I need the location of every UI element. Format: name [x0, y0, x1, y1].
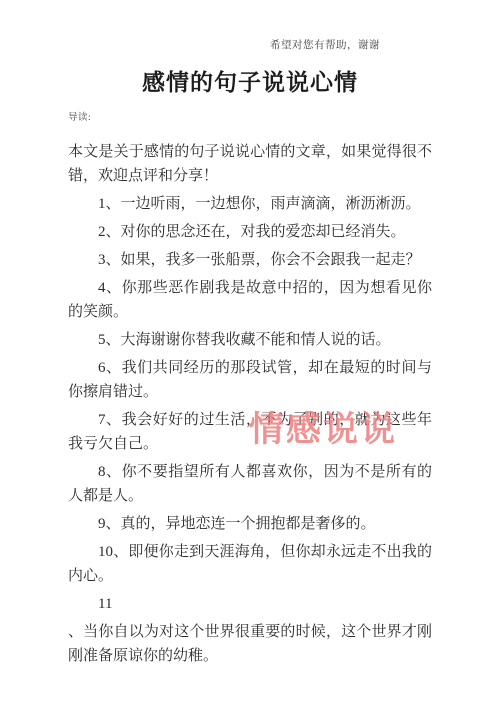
sentence-item-1: 1、一边听雨，一边想你，雨声滴滴，淅沥淅沥。 — [68, 192, 432, 216]
document-body: 导读: 本文是关于感情的句子说说心情的文章，如果觉得很不 错，欢迎点评和分享！ … — [68, 106, 432, 672]
sentence-item-11-number: 11 — [68, 592, 432, 616]
sentence-item-11-text: 、当你自以为对这个世界很重要的时候，这个世界才刚刚准备原谅你的幼稚。 — [68, 620, 432, 668]
sentence-item-2: 2、对你的思念还在，对我的爱恋却已经消失。 — [68, 220, 432, 244]
sentence-item-9: 9、真的，异地恋连一个拥抱都是奢侈的。 — [68, 512, 432, 536]
lead-paragraph: 本文是关于感情的句子说说心情的文章，如果觉得很不 错，欢迎点评和分享！ — [68, 140, 432, 188]
sentence-item-7: 7、我会好好的过生活，不为了别的，就为这些年我亏欠自己。 — [68, 408, 432, 456]
page-title: 感情的句子说说心情 — [0, 64, 500, 97]
sentence-item-10: 10、即便你走到天涯海角，但你却永远走不出我的内心。 — [68, 540, 432, 588]
sentence-item-3: 3、如果，我多一张船票，你会不会跟我一起走？ — [68, 248, 432, 272]
sentence-item-8: 8、你不要指望所有人都喜欢你，因为不是所有的人都是人。 — [68, 460, 432, 508]
document-page: 希望对您有帮助，谢谢 感情的句子说说心情 导读: 本文是关于感情的句子说说心情的… — [0, 0, 500, 708]
sentence-item-5: 5、大海谢谢你替我收藏不能和情人说的话。 — [68, 328, 432, 352]
sentence-item-6: 6、我们共同经历的那段试管，却在最短的时间与你擦肩错过。 — [68, 356, 432, 404]
lead-label: 导读: — [68, 106, 432, 130]
sentence-item-4: 4、你那些恶作剧我是故意中招的，因为想看见你的笑颜。 — [68, 276, 432, 324]
header-note: 希望对您有帮助，谢谢 — [270, 37, 380, 52]
